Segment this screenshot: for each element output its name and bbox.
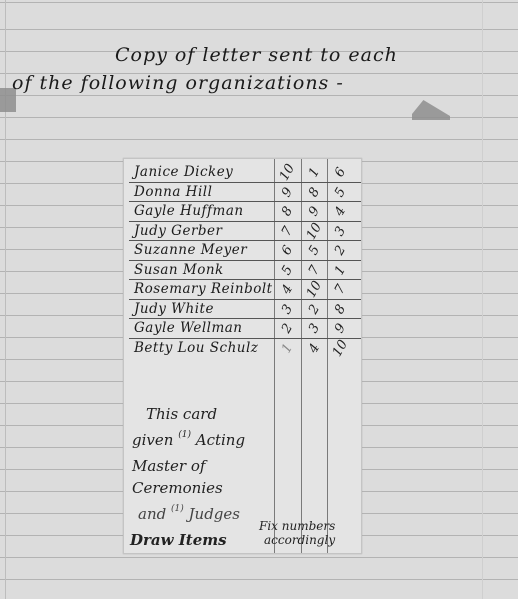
note-line-5-post: Judges [189, 505, 240, 523]
note-line-3: Master of [132, 457, 205, 475]
contestant-name: Gayle Wellman [134, 320, 274, 336]
note-line-2-superscript: (1) [178, 430, 191, 440]
right-margin-line [482, 0, 483, 599]
note-draw-items: Draw Items [130, 531, 227, 549]
card-row: Gayle Huffman 8 9 4 [124, 202, 361, 222]
contestant-name: Janice Dickey [134, 164, 274, 180]
contestant-name: Judy Gerber [134, 223, 274, 239]
contestant-name: Donna Hill [134, 184, 274, 200]
note-line-1: This card [146, 405, 217, 423]
note-side-line-1: Fix numbers [259, 519, 335, 533]
pasted-score-card: Janice Dickey 10 1 6 Donna Hill 9 8 5 Ga… [123, 158, 362, 554]
card-row: Betty Lou Schulz 1 4 10 [124, 339, 361, 359]
note-line-2: given (1) Acting [132, 431, 245, 449]
card-row: Rosemary Reinbolt 4 10 7 [124, 280, 361, 300]
heading-line-2: of the following organizations - [12, 72, 344, 94]
note-line-4: Ceremonies [132, 479, 223, 497]
heading-line-1: Copy of letter sent to each [115, 44, 398, 66]
note-line-5: and (1) Judges [138, 505, 240, 523]
contestant-name: Betty Lou Schulz [134, 340, 274, 356]
card-row: Donna Hill 9 8 5 [124, 183, 361, 203]
contestant-name: Rosemary Reinbolt [134, 281, 274, 297]
note-line-2-pre: given [132, 431, 173, 449]
card-row: Suzanne Meyer 6 5 2 [124, 241, 361, 261]
contestant-name: Suzanne Meyer [134, 242, 274, 258]
card-row: Judy White 3 2 8 [124, 300, 361, 320]
contestant-name: Judy White [134, 301, 274, 317]
card-row: Gayle Wellman 2 3 9 [124, 319, 361, 339]
card-row: Janice Dickey 10 1 6 [124, 163, 361, 183]
contestant-name: Gayle Huffman [134, 203, 274, 219]
note-line-2-post: Acting [196, 431, 245, 449]
note-line-5-pre: and [138, 505, 166, 523]
note-line-5-superscript: (1) [171, 504, 184, 514]
note-side-line-2: accordingly [264, 533, 335, 547]
card-row: Susan Monk 5 7 1 [124, 261, 361, 281]
card-row: Judy Gerber 7 10 3 [124, 222, 361, 242]
contestant-name: Susan Monk [134, 262, 274, 278]
